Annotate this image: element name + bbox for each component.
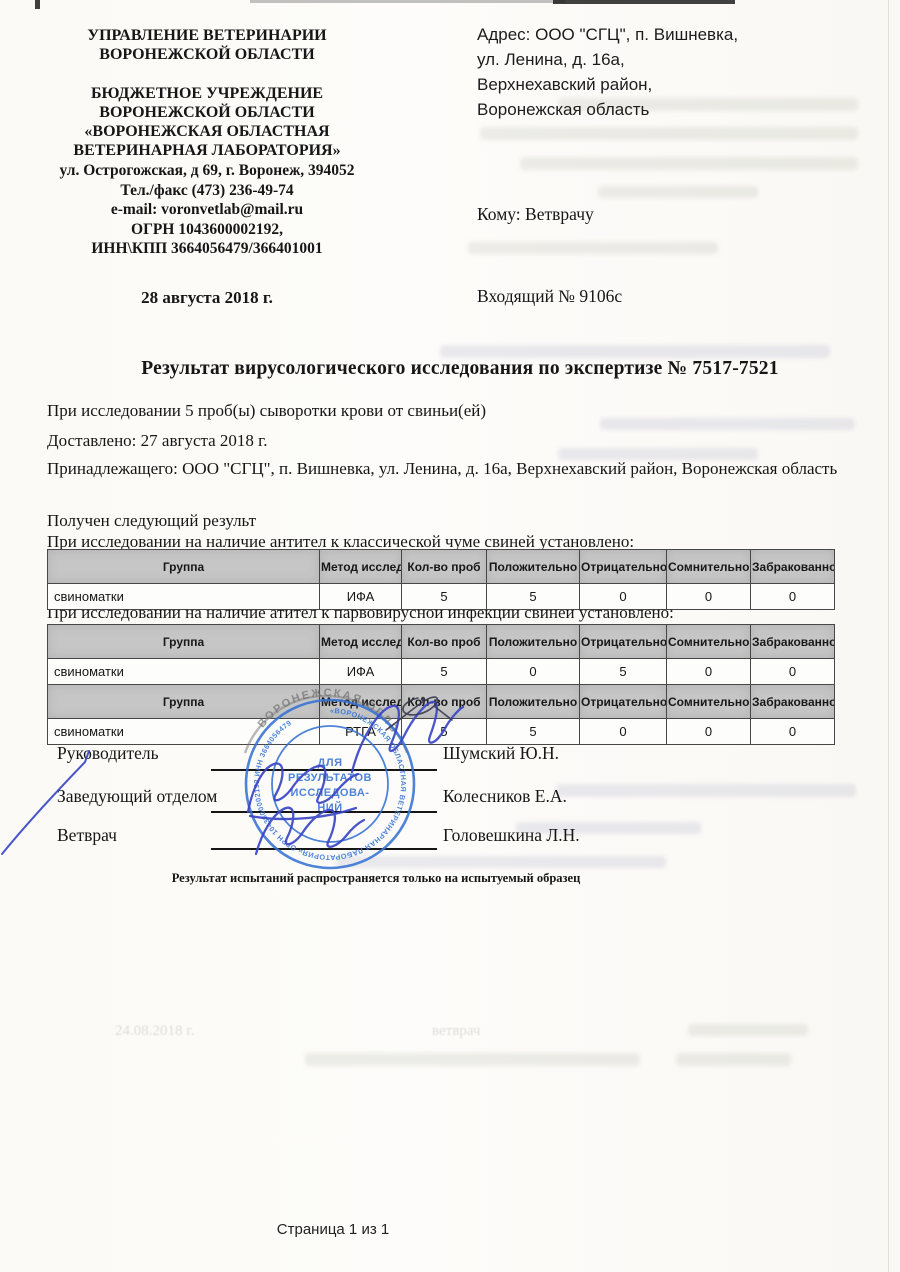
letterhead-institution-line: БЮДЖЕТНОЕ УЧРЕЖДЕНИЕ (42, 84, 372, 103)
scan-artifact-corner (35, 0, 40, 9)
bleed-text-fragment: 24.08.2018 г. (115, 1023, 194, 1040)
signature-role: Ветврач (57, 825, 117, 846)
scan-edge (888, 0, 889, 1272)
cell-negative: 0 (580, 719, 667, 745)
cell-doubtful: 0 (667, 719, 751, 745)
signature-name: Колесников Е.А. (443, 786, 567, 807)
letterhead-institution: БЮДЖЕТНОЕ УЧРЕЖДЕНИЕ ВОРОНЕЖСКОЙ ОБЛАСТИ… (42, 84, 372, 160)
scan-artifact-top (250, 0, 565, 3)
bleed-text-fragment: ветврач (432, 1023, 480, 1040)
recipient-address-line: Адрес: ООО "СГЦ", п. Вишневка, (477, 22, 807, 47)
cell-method: ИФА (320, 659, 402, 685)
header-cell-method: Метод исслед. (320, 625, 402, 659)
letterhead-inn-line: ИНН\КПП 3664056479/366401001 (42, 239, 372, 259)
header-cell-negative: Отрицательно (580, 685, 667, 719)
header-cell-group: Группа (48, 550, 320, 584)
cell-group: свиноматки (48, 584, 320, 610)
signature-line (211, 811, 437, 813)
cell-samples: 5 (402, 719, 487, 745)
header-cell-rejected: Забракованно (751, 685, 835, 719)
cell-positive: 5 (487, 719, 580, 745)
body-owner-line: Принадлежащего: ООО "СГЦ", п. Вишневка, … (47, 456, 855, 482)
bleed-smudge (305, 1053, 640, 1066)
letterhead-address-line: ул. Острогожская, д 69, г. Воронеж, 3940… (42, 161, 372, 181)
bleed-smudge (480, 127, 858, 140)
letterhead-authority-line: УПРАВЛЕНИЕ ВЕТЕРИНАРИИ (42, 26, 372, 45)
signature-name: Головешкина Л.Н. (443, 825, 580, 846)
results-table-parvo: Группа Метод исслед. Кол-во проб Положит… (47, 624, 835, 745)
table-row: свиноматки РТГА 5 5 0 0 0 (48, 719, 835, 745)
letterhead-contacts: ул. Острогожская, д 69, г. Воронеж, 3940… (42, 161, 372, 259)
recipient-address-line: Воронежская область (477, 97, 807, 122)
header-cell-negative: Отрицательно (580, 550, 667, 584)
letterhead-email-line: e-mail: voronvetlab@mail.ru (42, 200, 372, 220)
letterhead-institution-line: ВЕТЕРИНАРНАЯ ЛАБОРАТОРИЯ» (42, 141, 372, 160)
cell-positive: 5 (487, 584, 580, 610)
cell-negative: 0 (580, 584, 667, 610)
letterhead-institution-line: ВОРОНЕЖСКОЙ ОБЛАСТИ (42, 103, 372, 122)
letter-date: 28 августа 2018 г. (42, 288, 372, 308)
letterhead-authority-line: ВОРОНЕЖСКОЙ ОБЛАСТИ (42, 45, 372, 64)
bleed-smudge (336, 856, 666, 868)
signature-name: Шумский Ю.Н. (443, 743, 559, 764)
cell-method: РТГА (320, 719, 402, 745)
stamp-center-line: РЕЗУЛЬТАТОВ (288, 772, 372, 784)
signature-role: Руководитель (57, 743, 159, 764)
signature-role: Заведующий отделом (57, 786, 217, 807)
cell-samples: 5 (402, 584, 487, 610)
letterhead-authority: УПРАВЛЕНИЕ ВЕТЕРИНАРИИ ВОРОНЕЖСКОЙ ОБЛАС… (42, 26, 372, 64)
results-table-csf: Группа Метод исслед. Кол-во проб Положит… (47, 549, 835, 610)
scanned-document-page: 24.08.2018 г. ветврач УПРАВЛЕНИЕ ВЕТЕРИН… (0, 0, 900, 1272)
document-title: Результат вирусологического исследования… (0, 358, 900, 380)
cell-doubtful: 0 (667, 659, 751, 685)
letterhead-ogrn-line: ОГРН 1043600002192, (42, 220, 372, 240)
header-cell-positive: Положительно (487, 625, 580, 659)
header-cell-doubtful: Сомнительно (667, 625, 751, 659)
incoming-number: Входящий № 9106с (477, 286, 622, 307)
table-row: свиноматки ИФА 5 5 0 0 0 (48, 584, 835, 610)
scan-artifact-top-dark (553, 0, 735, 4)
table-row: свиноматки ИФА 5 0 5 0 0 (48, 659, 835, 685)
bleed-smudge (598, 186, 758, 198)
body-delivered-line: Доставлено: 27 августа 2018 г. (47, 428, 855, 454)
cell-negative: 5 (580, 659, 667, 685)
bleed-smudge (556, 784, 856, 797)
header-cell-samples: Кол-во проб (402, 550, 487, 584)
header-cell-samples: Кол-во проб (402, 625, 487, 659)
letterhead-institution-line: «ВОРОНЕЖСКАЯ ОБЛАСТНАЯ (42, 122, 372, 141)
recipient-address: Адрес: ООО "СГЦ", п. Вишневка, ул. Ленин… (477, 22, 807, 122)
signature-line (211, 848, 437, 850)
signature-note: Результат испытаний распространяется тол… (76, 871, 676, 886)
page-footer: Страница 1 из 1 (33, 1221, 633, 1238)
body-samples-line: При исследовании 5 проб(ы) сыворотки кро… (47, 398, 855, 424)
cell-rejected: 0 (751, 719, 835, 745)
cell-positive: 0 (487, 659, 580, 685)
recipient-address-line: Верхнехавский район, (477, 72, 807, 97)
recipient-address-line: ул. Ленина, д. 16а, (477, 47, 807, 72)
bleed-smudge (676, 1053, 791, 1066)
table-header-row: Группа Метод исслед. Кол-во проб Положит… (48, 685, 835, 719)
signature-line (211, 769, 437, 771)
header-cell-positive: Положительно (487, 550, 580, 584)
letterhead-phone-line: Тел./факс (473) 236-49-74 (42, 181, 372, 201)
cell-rejected: 0 (751, 584, 835, 610)
cell-rejected: 0 (751, 659, 835, 685)
header-cell-positive: Положительно (487, 685, 580, 719)
header-cell-rejected: Забракованно (751, 625, 835, 659)
cell-group: свиноматки (48, 719, 320, 745)
recipient-to: Кому: Ветврачу (477, 204, 594, 225)
header-cell-method: Метод исслед. (320, 685, 402, 719)
header-cell-negative: Отрицательно (580, 625, 667, 659)
bleed-smudge (520, 157, 858, 170)
signature-scribble-2-tail (250, 808, 356, 819)
header-cell-method: Метод исслед. (320, 550, 402, 584)
header-cell-doubtful: Сомнительно (667, 550, 751, 584)
cell-doubtful: 0 (667, 584, 751, 610)
header-cell-doubtful: Сомнительно (667, 685, 751, 719)
table-header-row: Группа Метод исслед. Кол-во проб Положит… (48, 550, 835, 584)
table-header-row: Группа Метод исслед. Кол-во проб Положит… (48, 625, 835, 659)
stamp-center-line: ДЛЯ (318, 757, 343, 769)
header-cell-rejected: Забракованно (751, 550, 835, 584)
header-cell-group: Группа (48, 625, 320, 659)
bleed-smudge (688, 1024, 808, 1036)
stamp-center-line: ИССЛЕДОВА- (291, 787, 370, 799)
header-cell-samples: Кол-во проб (402, 685, 487, 719)
cell-samples: 5 (402, 659, 487, 685)
bleed-smudge (440, 345, 830, 358)
bleed-smudge (468, 242, 718, 254)
cell-method: ИФА (320, 584, 402, 610)
header-cell-group: Группа (48, 685, 320, 719)
cell-group: свиноматки (48, 659, 320, 685)
